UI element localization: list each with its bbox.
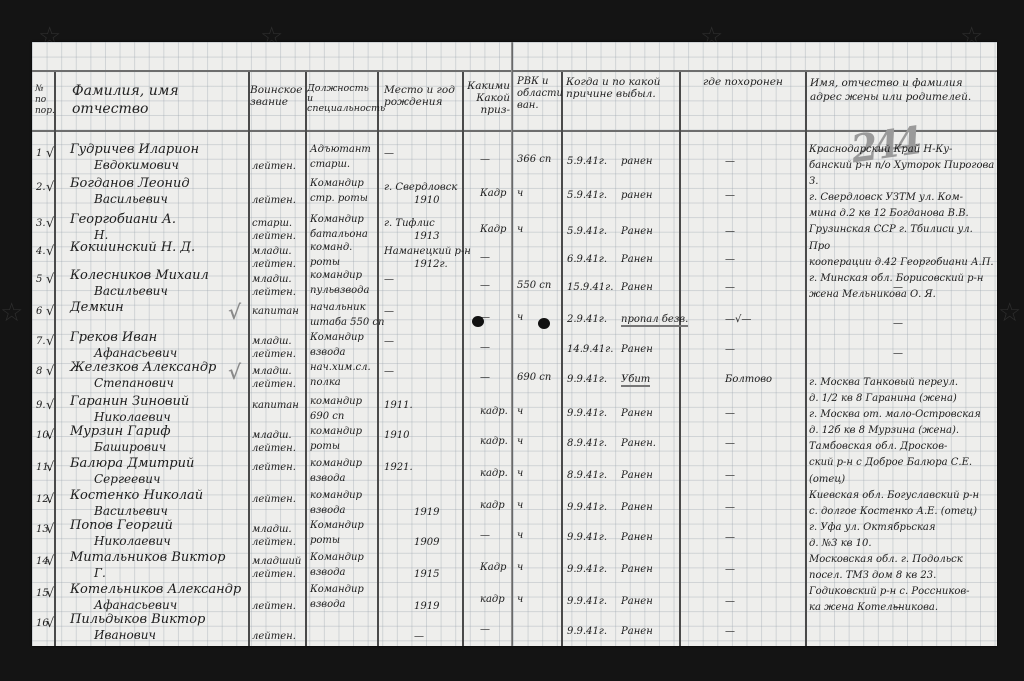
column-divider — [377, 72, 379, 646]
burial-place: — — [725, 626, 735, 637]
rank-line-1: младш. — [252, 430, 292, 442]
position-line-2: взвода — [310, 347, 345, 359]
rank-line-2: лейтен. — [252, 443, 296, 455]
position-line-1: командир — [310, 490, 362, 502]
departure-reason: Ранен — [621, 254, 653, 265]
burial-place: — — [725, 156, 735, 167]
check-mark-icon: √ — [46, 180, 54, 195]
position-line-2: взвода — [310, 473, 345, 485]
draft-status: — — [480, 624, 490, 635]
check-mark-icon: √ — [46, 586, 54, 601]
birth-year: 1919 — [414, 601, 439, 612]
patronymic: Евдокимович — [94, 158, 179, 172]
draft-status: кадр. — [480, 436, 508, 447]
row-number: 9. — [36, 400, 46, 411]
top-rule — [513, 70, 997, 72]
rvk-unit: ч — [517, 436, 523, 447]
rvk-unit: ч — [517, 530, 523, 541]
departure-reason: Ранен — [621, 344, 653, 355]
departure-date: 9.9.41г. — [567, 564, 607, 575]
burial-place: — — [725, 564, 735, 575]
rvk-unit: ч — [517, 468, 523, 479]
departure-date: 9.9.41г. — [567, 596, 607, 607]
row-number: 2. — [36, 182, 46, 193]
birth-place: — — [384, 366, 394, 377]
draft-status: — — [480, 252, 490, 263]
draft-status: кадр. — [480, 406, 508, 417]
review-check-mark-icon: √ — [228, 360, 241, 384]
departure-reason: Ранен — [621, 282, 653, 293]
check-mark-icon: √ — [46, 398, 54, 413]
position-line-1: начальник — [310, 302, 366, 314]
departure-reason: Ранен — [621, 408, 653, 419]
birth-year: 1910 — [414, 195, 439, 206]
rvk-unit: ч — [517, 500, 523, 511]
draft-status: — — [480, 280, 490, 291]
burial-place: — — [725, 254, 735, 265]
background-star-icon: ☆ — [998, 300, 1021, 326]
burial-place: — — [725, 190, 735, 201]
position-line-1: нач.хим.сл. — [310, 362, 371, 374]
rank-line-1: младш. — [252, 336, 292, 348]
rvk-unit: ч — [517, 562, 523, 573]
patronymic: Николаевич — [94, 534, 171, 548]
patronymic: Степанович — [94, 376, 174, 390]
birth-year: — — [414, 631, 424, 642]
departure-date: 14.9.41г. — [567, 344, 613, 355]
burial-place: — — [725, 408, 735, 419]
position-line-2: пульвзвода — [310, 285, 369, 297]
departure-reason: Ранен — [621, 626, 653, 637]
background-star-icon: ☆ — [0, 300, 23, 326]
birth-place: — — [384, 336, 394, 347]
draft-status: — — [480, 342, 490, 353]
rank-line-2: лейтен. — [252, 601, 296, 613]
patronymic: Г. — [94, 566, 106, 580]
check-mark-icon: √ — [46, 364, 54, 379]
surname-and-name: Георгобиани А. — [70, 212, 176, 227]
departure-reason: Ранен — [621, 596, 653, 607]
rank-line-2: лейтен. — [252, 569, 296, 581]
surname-and-name: Балюра Дмитрий — [70, 456, 194, 471]
rank-line-2: лейтен. — [252, 379, 296, 391]
departure-date: 5.9.41г. — [567, 156, 607, 167]
surname-and-name: Гаранин Зиновий — [70, 394, 189, 409]
patronymic: Афанасьевич — [94, 346, 177, 360]
header-rule — [513, 130, 997, 132]
check-mark-icon: √ — [46, 334, 54, 349]
burial-place: — — [725, 596, 735, 607]
rvk-unit: 366 сп — [517, 154, 551, 165]
birth-place: г. Свердловск — [384, 182, 457, 193]
column-divider — [561, 72, 563, 646]
patronymic: Васильевич — [94, 192, 168, 206]
check-mark-icon: √ — [46, 460, 54, 475]
position-line-2: роты — [310, 535, 340, 547]
departure-reason: Ранен — [621, 564, 653, 575]
departure-date: 9.9.41г. — [567, 626, 607, 637]
patronymic: Николаевич — [94, 410, 171, 424]
rank-line-1: капитан — [252, 306, 299, 318]
header-number: № по пор. — [35, 84, 55, 117]
row-number: 7. — [36, 336, 46, 347]
surname-and-name: Гудричев Иларион — [70, 142, 199, 157]
rank-line-1: капитан — [252, 400, 299, 412]
position-line-2: штаба 550 сп — [310, 317, 384, 329]
patronymic: Баширович — [94, 440, 166, 454]
surname-and-name: Мурзин Гариф — [70, 424, 171, 439]
birth-place: — — [384, 306, 394, 317]
punch-hole — [472, 316, 484, 327]
column-divider — [805, 72, 807, 646]
check-mark-icon: √ — [46, 272, 54, 287]
rank-line-2: лейтен. — [252, 195, 296, 207]
departure-date: 9.9.41г. — [567, 532, 607, 543]
draft-status: Кадр — [480, 188, 506, 199]
row-number: 6 — [36, 306, 42, 317]
row-number: 5 — [36, 274, 42, 285]
birth-place: 1910 — [384, 430, 409, 441]
position-line-2: батальона — [310, 229, 368, 241]
position-line-1: Командир — [310, 214, 364, 226]
departure-date: 9.9.41г. — [567, 502, 607, 513]
birth-place: Наманецкий р-н — [384, 246, 471, 257]
position-line-1: Командир — [310, 584, 364, 596]
position-line-1: команд. — [310, 242, 352, 254]
row-number: 8 — [36, 366, 42, 377]
departure-reason: Ранен — [621, 502, 653, 513]
position-line-1: Командир — [310, 332, 364, 344]
burial-place: — — [725, 438, 735, 449]
position-line-2: роты — [310, 257, 340, 269]
family-empty-dash: — — [893, 348, 903, 359]
family-address-block-2: г. Москва Танковый переул. д. 1/2 кв 8 Г… — [809, 375, 997, 616]
family-address-block-1: Краснодарский Край Н-Ку- банский р-н п/о… — [809, 142, 997, 303]
burial-place: — — [725, 532, 735, 543]
rank-line-2: лейтен. — [252, 259, 296, 271]
position-line-1: Командир — [310, 552, 364, 564]
rvk-unit: ч — [517, 188, 523, 199]
position-line-2: взвода — [310, 505, 345, 517]
draft-status: кадр — [480, 594, 505, 605]
departure-date: 8.9.41г. — [567, 470, 607, 481]
surname-and-name: Демкин — [70, 300, 124, 315]
header-when: Когда и по какой причине выбыл. — [566, 76, 660, 100]
birth-year: 1915 — [414, 569, 439, 580]
surname-and-name: Митальников Виктор — [70, 550, 226, 565]
burial-place: — — [725, 226, 735, 237]
burial-place: — — [725, 344, 735, 355]
surname-and-name: Богданов Леонид — [70, 176, 190, 191]
surname-and-name: Греков Иван — [70, 330, 157, 345]
rank-line-1: старш. — [252, 218, 292, 230]
surname-and-name: Кокшинский Н. Д. — [70, 240, 195, 255]
draft-status: — — [480, 530, 490, 541]
draft-status: Кадр — [480, 224, 506, 235]
check-mark-icon: √ — [46, 554, 54, 569]
birth-year: 1912г. — [414, 259, 448, 270]
departure-date: 5.9.41г. — [567, 226, 607, 237]
header-buried: где похоронен — [703, 76, 783, 88]
position-line-2: старш. — [310, 159, 350, 171]
check-mark-icon: √ — [46, 216, 54, 231]
burial-place: — — [725, 282, 735, 293]
departure-date: 5.9.41г. — [567, 190, 607, 201]
departure-date: 6.9.41г. — [567, 254, 607, 265]
header-draft: Какими Какой приз- — [466, 80, 510, 116]
patronymic: Васильевич — [94, 284, 168, 298]
departure-date: 15.9.41г. — [567, 282, 613, 293]
departure-reason: Ранен — [621, 532, 653, 543]
rank-line-1: младш. — [252, 246, 292, 258]
draft-status: Кадр — [480, 562, 506, 573]
rank-line-1: лейтен. — [252, 462, 296, 474]
position-line-1: командир — [310, 458, 362, 470]
check-mark-icon: √ — [46, 304, 54, 319]
top-rule — [32, 70, 512, 72]
header-birth: Место и год рождения — [384, 84, 455, 108]
right-page: РВК и области ван. Когда и по какой прич… — [513, 42, 997, 646]
review-check-mark-icon: √ — [228, 300, 241, 324]
rvk-unit: ч — [517, 406, 523, 417]
burial-place: — — [725, 502, 735, 513]
header-position: Должность и специальность — [307, 84, 385, 114]
check-mark-icon: √ — [46, 244, 54, 259]
check-mark-icon: √ — [46, 492, 54, 507]
rvk-unit: ч — [517, 312, 523, 323]
position-line-2: взвода — [310, 599, 345, 611]
position-line-1: Командир — [310, 520, 364, 532]
burial-place: — — [725, 470, 735, 481]
rank-line-1: младший — [252, 556, 301, 568]
rank-line-2: лейтен. — [252, 349, 296, 361]
departure-reason: Ранен — [621, 226, 653, 237]
column-divider — [305, 72, 307, 646]
row-number: 3. — [36, 218, 46, 229]
position-line-1: Адъютант — [310, 144, 371, 156]
position-line-2: стр. роты — [310, 193, 368, 205]
header-rule — [32, 130, 512, 132]
punch-hole — [538, 318, 550, 329]
birth-place: — — [384, 148, 394, 159]
check-mark-icon: √ — [46, 146, 54, 161]
rank-line-2: лейтен. — [252, 537, 296, 549]
burial-place: —√— — [725, 314, 751, 325]
surname-and-name: Пильдыков Виктор — [70, 612, 205, 627]
departure-date: 2.9.41г. — [567, 314, 607, 325]
header-family: Имя, отчество и фамилия адрес жены или р… — [810, 76, 971, 104]
row-number: 1 — [36, 148, 42, 159]
column-divider — [248, 72, 250, 646]
family-empty-dash: — — [893, 318, 903, 329]
draft-status: — — [480, 372, 490, 383]
rvk-unit: ч — [517, 594, 523, 605]
position-line-2: взвода — [310, 567, 345, 579]
patronymic: Иванович — [94, 628, 156, 642]
family-empty-dash: — — [893, 602, 903, 613]
surname-and-name: Колесников Михаил — [70, 268, 209, 283]
departure-reason: Ранен. — [621, 438, 656, 449]
rank-line-2: лейтен. — [252, 161, 296, 173]
departure-date: 8.9.41г. — [567, 438, 607, 449]
position-line-2: роты — [310, 441, 340, 453]
rank-line-2: лейтен. — [252, 287, 296, 299]
birth-year: 1913 — [414, 231, 439, 242]
birth-place: — — [384, 274, 394, 285]
rank-line-1: младш. — [252, 366, 292, 378]
birth-year: 1919 — [414, 507, 439, 518]
draft-status: — — [480, 154, 490, 165]
rank-line-1: младш. — [252, 524, 292, 536]
position-line-1: командир — [310, 270, 362, 282]
birth-year: 1909 — [414, 537, 439, 548]
family-empty-dash: — — [893, 282, 903, 293]
surname-and-name: Котельников Александр — [70, 582, 241, 597]
check-mark-icon: √ — [46, 616, 54, 631]
surname-and-name: Костенко Николай — [70, 488, 203, 503]
patronymic: Сергеевич — [94, 472, 160, 486]
surname-and-name: Железков Александр — [70, 360, 216, 375]
departure-reason: ранен — [621, 156, 652, 167]
row-number: 4. — [36, 246, 46, 257]
patronymic: Васильевич — [94, 504, 168, 518]
position-line-1: командир — [310, 426, 362, 438]
rank-line-2: лейтен. — [252, 631, 296, 643]
position-line-1: командир — [310, 396, 362, 408]
rvk-unit: 690 сп — [517, 372, 551, 383]
birth-place: г. Тифлис — [384, 218, 435, 229]
rank-line-1: младш. — [252, 274, 292, 286]
check-mark-icon: √ — [46, 428, 54, 443]
departure-reason: Убит — [621, 374, 650, 387]
rvk-unit: 550 сп — [517, 280, 551, 291]
draft-status: кадр. — [480, 468, 508, 479]
left-page: № по пор. Фамилия, имя отчество Воинское… — [32, 42, 512, 646]
birth-place: 1911. — [384, 400, 413, 411]
position-line-2: 690 сп — [310, 411, 344, 423]
header-rank: Воинское звание — [250, 84, 302, 108]
rank-line-2: лейтен. — [252, 231, 296, 243]
position-line-2: полка — [310, 377, 341, 389]
burial-place: Болтово — [725, 374, 772, 385]
patronymic: Афанасьевич — [94, 598, 177, 612]
draft-status: кадр — [480, 500, 505, 511]
column-divider — [462, 72, 464, 646]
position-line-1: Командир — [310, 178, 364, 190]
header-name: Фамилия, имя отчество — [72, 82, 179, 118]
header-rvk: РВК и области ван. — [517, 76, 563, 112]
birth-place: 1921. — [384, 462, 413, 473]
departure-date: 9.9.41г. — [567, 374, 607, 385]
departure-date: 9.9.41г. — [567, 408, 607, 419]
departure-reason: Ранен — [621, 470, 653, 481]
rvk-unit: ч — [517, 224, 523, 235]
surname-and-name: Попов Георгий — [70, 518, 173, 533]
rank-line-1: лейтен. — [252, 494, 296, 506]
column-divider — [679, 72, 681, 646]
check-mark-icon: √ — [46, 522, 54, 537]
departure-reason: пропал безв. — [621, 314, 688, 327]
departure-reason: ранен — [621, 190, 652, 201]
